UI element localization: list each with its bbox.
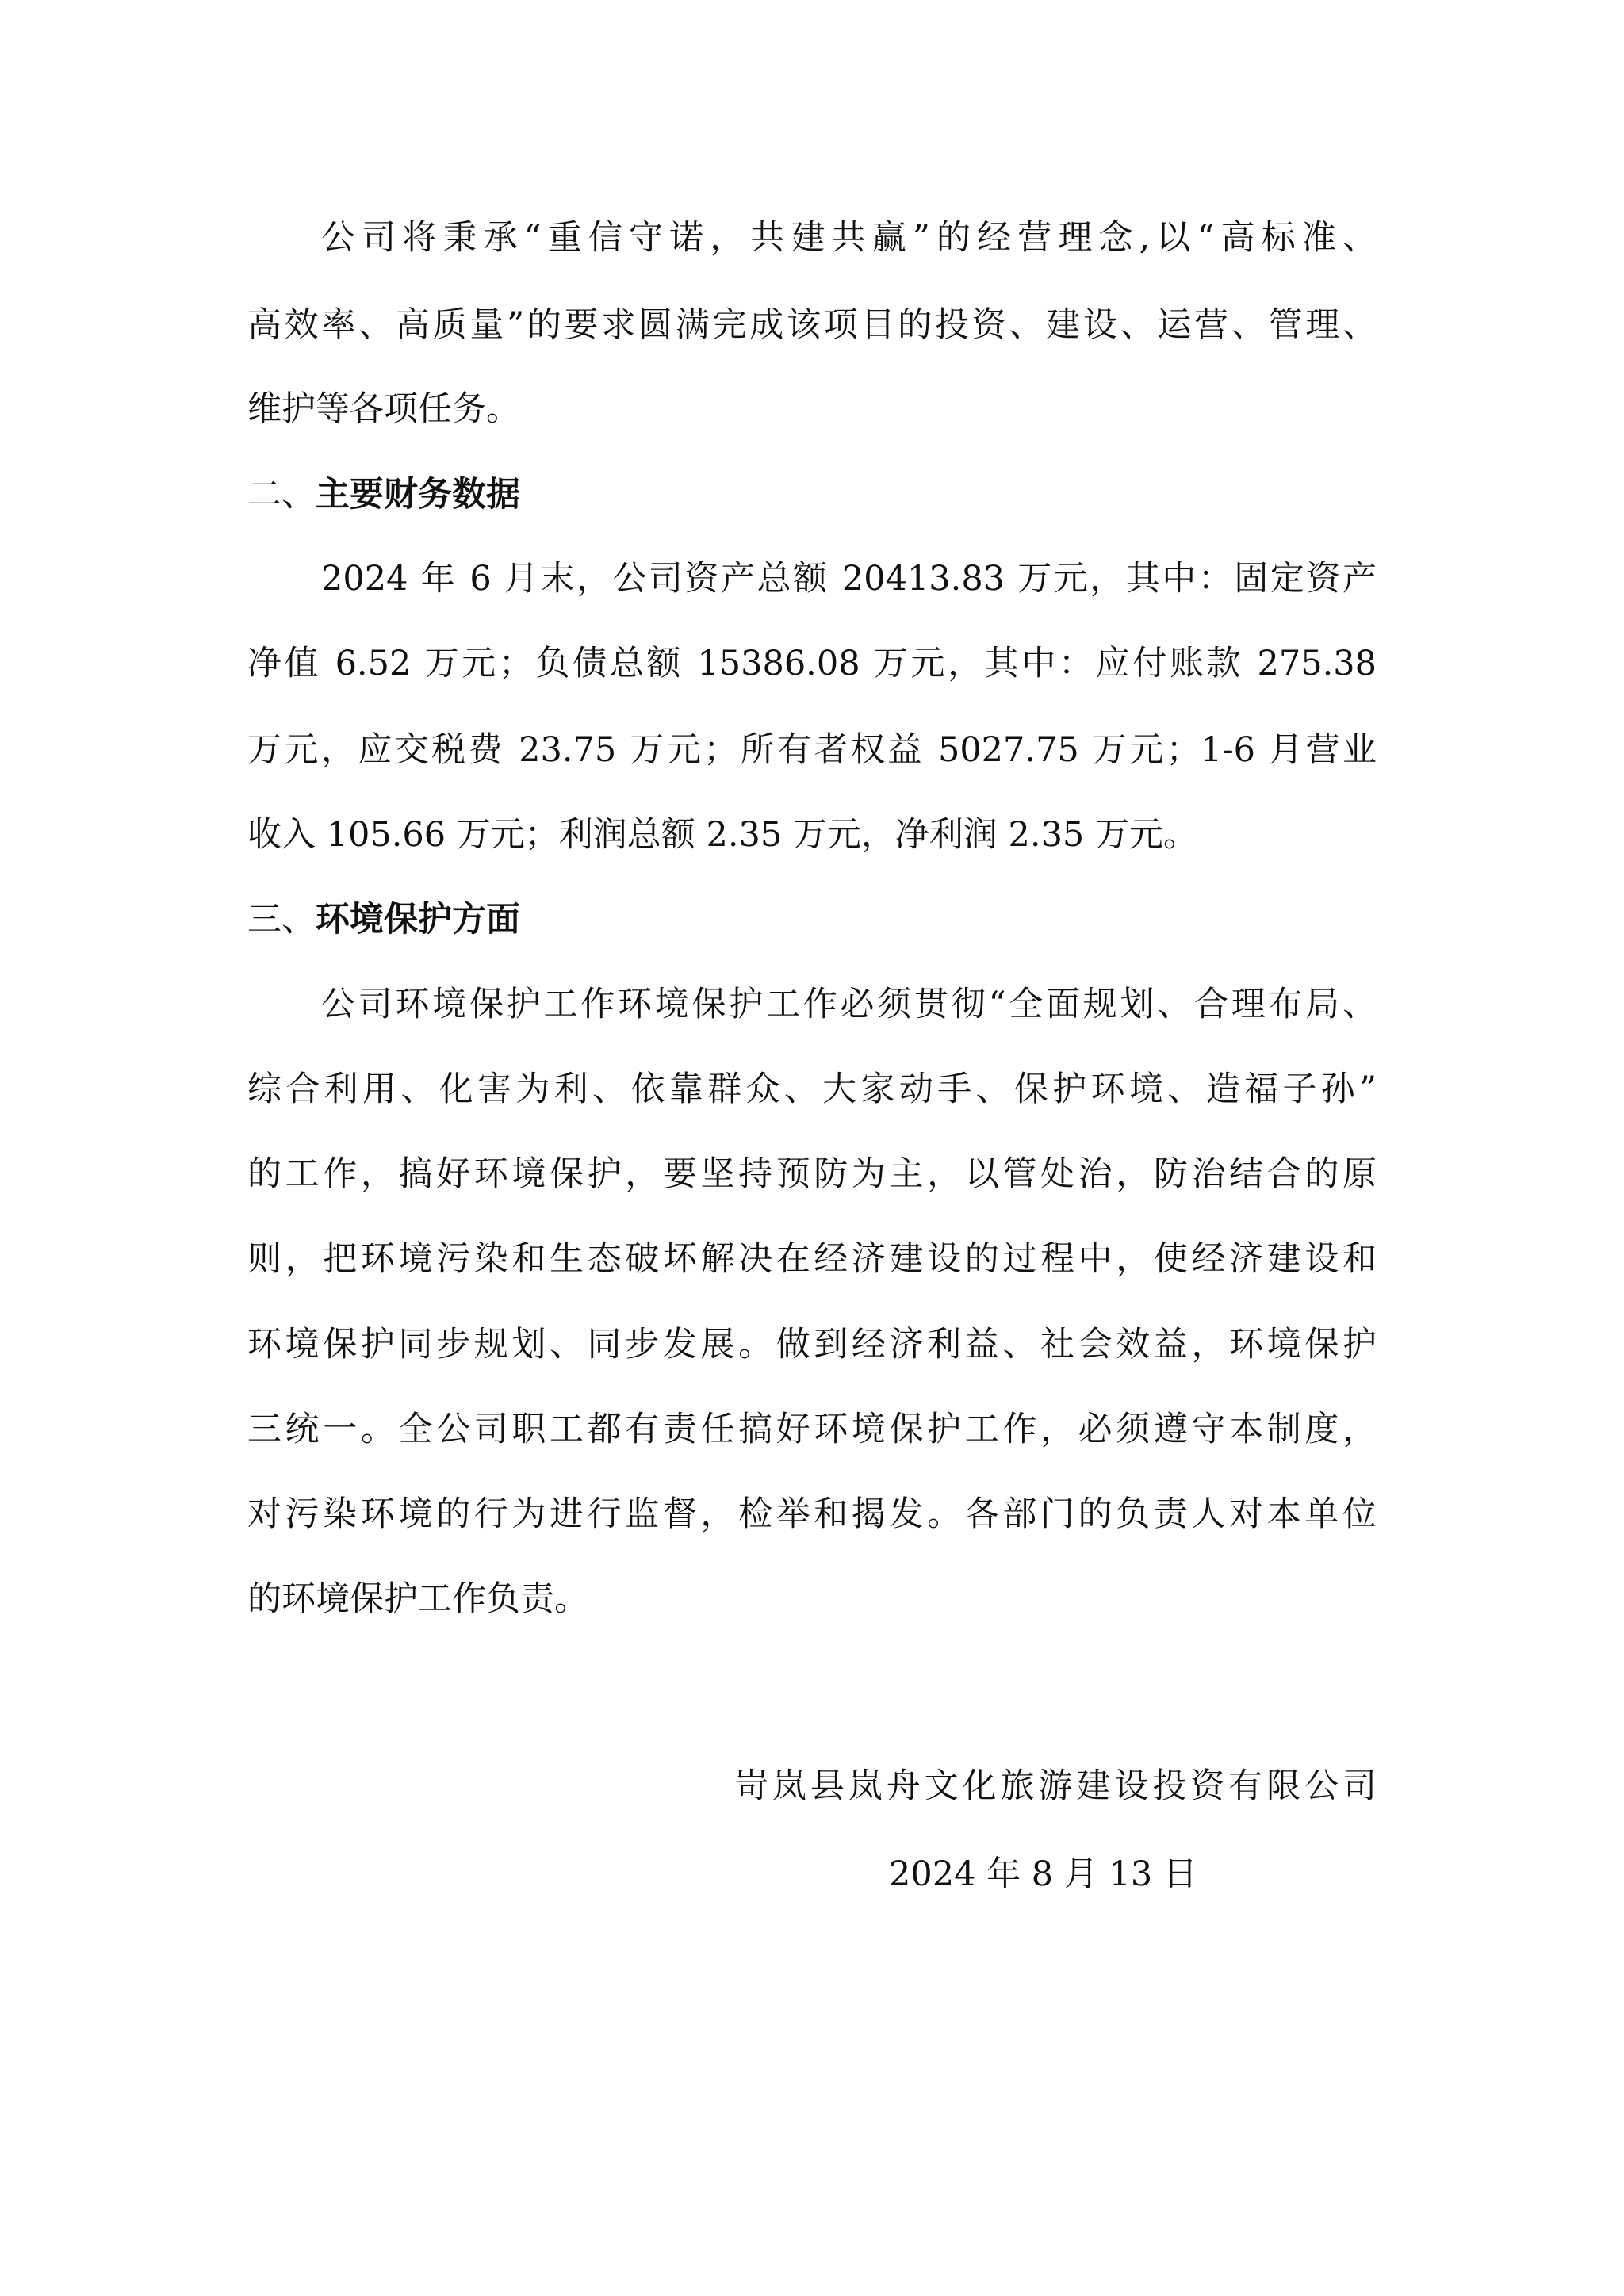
- section-number: 三、: [247, 900, 316, 939]
- environment-line-1: 公司环境保护工作环境保护工作必须贯彻“全面规划、合理布局、: [321, 981, 1377, 1028]
- section-heading-financial: 二、主要财务数据: [247, 471, 1377, 519]
- environment-line-6: 三统一。全公司职工都有责任搞好环境保护工作，必须遵守本制度，: [247, 1406, 1377, 1453]
- environment-line-8: 的环境保护工作负责。: [247, 1575, 1377, 1623]
- section-title: 主要财务数据: [316, 475, 520, 515]
- financial-line-3: 万元，应交税费 23.75 万元；所有者权益 5027.75 万元；1-6 月营…: [247, 726, 1377, 774]
- signature-company: 岢岚县岚舟文化旅游建设投资有限公司: [734, 1762, 1377, 1810]
- environment-line-5: 环境保护同步规划、同步发展。做到经济利益、社会效益，环境保护: [247, 1321, 1377, 1368]
- intro-line-1: 公司将秉承“重信守诺，共建共赢”的经营理念,以“高标准、: [321, 214, 1377, 262]
- intro-line-3: 维护等各项任务。: [247, 385, 1377, 433]
- intro-line-2: 高效率、高质量”的要求圆满完成该项目的投资、建设、运营、管理、: [247, 301, 1377, 349]
- section-number: 二、: [247, 475, 316, 515]
- financial-line-4: 收入 105.66 万元；利润总额 2.35 万元，净利润 2.35 万元。: [247, 811, 1377, 859]
- section-title: 环境保护方面: [316, 900, 520, 939]
- environment-line-2: 综合利用、化害为利、依靠群众、大家动手、保护环境、造福子孙”: [247, 1066, 1377, 1113]
- financial-line-2: 净值 6.52 万元；负债总额 15386.08 万元，其中：应付账款 275.…: [247, 640, 1377, 687]
- document-page: 公司将秉承“重信守诺，共建共赢”的经营理念,以“高标准、 高效率、高质量”的要求…: [0, 0, 1624, 2296]
- environment-line-3: 的工作，搞好环境保护，要坚持预防为主，以管处治，防治结合的原: [247, 1150, 1377, 1198]
- financial-line-1: 2024 年 6 月末，公司资产总额 20413.83 万元，其中：固定资产: [321, 555, 1377, 603]
- environment-line-4: 则，把环境污染和生态破坏解决在经济建设的过程中，使经济建设和: [247, 1235, 1377, 1283]
- section-heading-environment: 三、环境保护方面: [247, 896, 1377, 943]
- signature-date: 2024 年 8 月 13 日: [889, 1850, 1179, 1898]
- environment-line-7: 对污染环境的行为进行监督，检举和揭发。各部门的负责人对本单位: [247, 1490, 1377, 1538]
